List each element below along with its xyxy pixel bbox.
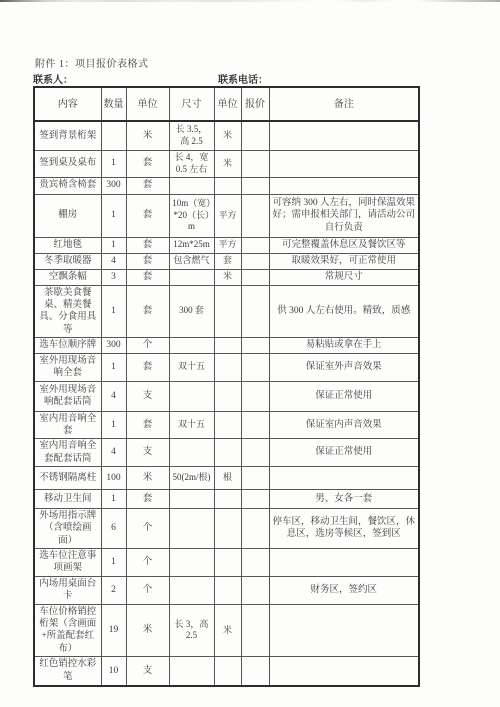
cell-quantity <box>101 121 126 150</box>
scan-artifact-top-edge <box>0 0 500 2</box>
cell-unit: 套 <box>126 237 169 253</box>
cell-unit: 个 <box>126 576 169 604</box>
cell-size-unit: 米 <box>214 604 241 656</box>
cell-unit: 套 <box>126 150 169 177</box>
cell-remark: 保证室内声音效果 <box>269 411 419 439</box>
cell-quote-price <box>241 337 269 353</box>
cell-remark: 男、女各一套 <box>269 489 419 508</box>
contact-person-label: 联系人： <box>33 75 73 86</box>
cell-content: 室内用音响全套配套话筒 <box>34 439 101 467</box>
table-row: 不锈钢隔离柱 100 米 50(2m/根) 根 <box>34 466 419 489</box>
cell-content: 选车位顺序牌 <box>34 337 101 353</box>
cell-remark: 保证正常使用 <box>269 381 419 411</box>
cell-remark: 保证正常使用 <box>269 439 419 467</box>
cell-unit: 套 <box>126 269 169 285</box>
cell-quantity: 1 <box>101 548 126 576</box>
cell-content: 红色销控水彩笔 <box>34 657 101 686</box>
cell-size <box>169 489 214 508</box>
cell-size: 长 3.5，高 2.5 <box>169 121 214 150</box>
cell-size <box>169 548 214 576</box>
cell-size-unit <box>214 508 241 548</box>
cell-content: 车位价格销控桁架（含画面+所盖配套红布） <box>34 604 101 656</box>
cell-unit: 套 <box>126 253 169 269</box>
cell-size-unit <box>214 381 241 411</box>
cell-size-unit: 根 <box>214 466 241 489</box>
cell-size <box>169 337 214 353</box>
cell-quote-price <box>241 411 269 439</box>
cell-size-unit <box>214 177 241 194</box>
cell-content: 外场用指示牌（含喷绘画面） <box>34 508 101 548</box>
cell-quote-price <box>241 353 269 381</box>
cell-size <box>169 269 214 285</box>
attachment-title: 附件 1：项目报价表格式 <box>35 55 149 70</box>
cell-size-unit: 米 <box>214 121 241 150</box>
cell-quantity: 1 <box>101 489 126 508</box>
cell-quote-price <box>241 604 269 656</box>
table-row: 红地毯 1 套 12m*25m 平方 可完整覆盖休息区及餐饮区等 <box>34 237 419 253</box>
cell-remark <box>269 657 419 686</box>
table-row: 冬季取暖器 4 套 包含燃气 套 取暖效果好，可正常使用 <box>34 253 419 269</box>
cell-content: 不锈钢隔离柱 <box>34 466 101 489</box>
cell-size: 双十五 <box>169 411 214 439</box>
header-quote: 报价 <box>241 87 269 121</box>
cell-quote-price <box>241 439 269 467</box>
cell-quote-price <box>241 150 269 177</box>
cell-size: 300 套 <box>169 285 214 337</box>
table-header-row: 内容 数量 单位 尺寸 单位 报价 备注 <box>34 87 419 121</box>
cell-size: 长 4，宽 0.5 左右 <box>169 150 214 177</box>
cell-content: 内场用桌面台卡 <box>34 576 101 604</box>
cell-quote-price <box>241 285 269 337</box>
cell-content: 茶歇美食餐桌、精美餐具、分食用具等 <box>34 285 101 337</box>
cell-size-unit: 米 <box>214 150 241 177</box>
cell-content: 冬季取暖器 <box>34 253 101 269</box>
table-row: 棚房 1 套 10m（宽）*20（长）m 平方 可容纳 300 人左右，同时保温… <box>34 194 419 237</box>
cell-quote-price <box>241 466 269 489</box>
cell-content: 红地毯 <box>34 237 101 253</box>
cell-quantity: 19 <box>101 604 126 656</box>
table-row: 移动卫生间 1 套 男、女各一套 <box>34 489 419 508</box>
cell-size-unit: 米 <box>214 269 241 285</box>
cell-quantity: 3 <box>101 269 126 285</box>
cell-quantity: 100 <box>101 466 126 489</box>
cell-content: 空飘条幅 <box>34 269 101 285</box>
cell-remark: 财务区，签约区 <box>269 576 419 604</box>
cell-quote-price <box>241 253 269 269</box>
cell-remark: 供 300 人左右使用。精致，质感 <box>269 285 419 337</box>
cell-quantity: 1 <box>101 285 126 337</box>
cell-remark: 取暖效果好，可正常使用 <box>269 253 419 269</box>
cell-remark: 可容纳 300 人左右，同时保温效果好；需申报相关部门，请活动公司自行负责 <box>269 194 419 237</box>
cell-size: 长 3，高 2.5 <box>169 604 214 656</box>
contact-line: 联系人： 联系电话： <box>33 71 418 86</box>
cell-unit: 支 <box>126 439 169 467</box>
cell-unit: 米 <box>126 121 169 150</box>
cell-size-unit: 套 <box>214 253 241 269</box>
cell-size <box>169 657 214 686</box>
cell-remark <box>269 604 419 656</box>
cell-remark <box>269 466 419 489</box>
cell-remark: 易粘贴或拿在手上 <box>269 337 419 353</box>
cell-unit: 个 <box>126 548 169 576</box>
cell-size <box>169 439 214 467</box>
cell-size-unit <box>214 439 241 467</box>
cell-size-unit <box>214 489 241 508</box>
cell-quantity: 300 <box>101 337 126 353</box>
cell-size-unit: 平方 <box>214 194 241 237</box>
cell-content: 贵宾椅含椅套 <box>34 177 101 194</box>
cell-content: 室外用现场音响配套话筒 <box>34 381 101 411</box>
cell-quote-price <box>241 548 269 576</box>
scanned-document-page: { "page": { "attachment_title": "附件 1：项目… <box>0 0 500 707</box>
cell-size <box>169 508 214 548</box>
cell-content: 签到背景桁架 <box>34 121 101 150</box>
cell-unit: 个 <box>126 337 169 353</box>
cell-quote-price <box>241 508 269 548</box>
cell-quantity: 1 <box>101 237 126 253</box>
cell-unit: 个 <box>126 508 169 548</box>
cell-unit: 套 <box>126 285 169 337</box>
header-size-unit: 单位 <box>214 87 241 121</box>
cell-size-unit <box>214 657 241 686</box>
cell-size <box>169 576 214 604</box>
cell-size-unit <box>214 285 241 337</box>
header-size: 尺寸 <box>169 87 214 121</box>
cell-quantity: 300 <box>101 177 126 194</box>
cell-remark: 保证室外声音效果 <box>269 353 419 381</box>
cell-content: 室内用音响全套 <box>34 411 101 439</box>
table-row: 室外用现场音响配套话筒 4 支 保证正常使用 <box>34 381 419 411</box>
cell-quantity: 4 <box>101 381 126 411</box>
table-row: 签到背景桁架 米 长 3.5，高 2.5 米 <box>34 121 419 150</box>
cell-quote-price <box>241 576 269 604</box>
cell-unit: 套 <box>126 353 169 381</box>
cell-quote-price <box>241 657 269 686</box>
table-row: 贵宾椅含椅套 300 套 <box>34 177 419 194</box>
cell-quantity: 1 <box>101 353 126 381</box>
table-row: 选车位注意事项画架 1 个 <box>34 548 419 576</box>
table-row: 室内用音响全套 1 套 双十五 保证室内声音效果 <box>34 411 419 439</box>
cell-quantity: 4 <box>101 439 126 467</box>
cell-remark: 停车区，移动卫生间，餐饮区，休息区，选房等候区，签到区 <box>269 508 419 548</box>
cell-remark <box>269 177 419 194</box>
cell-remark <box>269 121 419 150</box>
cell-quote-price <box>241 269 269 285</box>
cell-size-unit <box>214 548 241 576</box>
cell-remark: 可完整覆盖休息区及餐饮区等 <box>269 237 419 253</box>
contact-phone-label: 联系电话： <box>218 71 268 86</box>
cell-quantity: 10 <box>101 657 126 686</box>
cell-content: 移动卫生间 <box>34 489 101 508</box>
cell-size <box>169 177 214 194</box>
cell-remark <box>269 548 419 576</box>
cell-size <box>169 381 214 411</box>
header-qty: 数量 <box>101 87 126 121</box>
cell-unit: 支 <box>126 381 169 411</box>
cell-size: 10m（宽）*20（长）m <box>169 194 214 237</box>
cell-unit: 套 <box>126 489 169 508</box>
cell-quote-price <box>241 121 269 150</box>
cell-unit: 套 <box>126 411 169 439</box>
cell-content: 签到桌及桌布 <box>34 150 101 177</box>
cell-quantity: 1 <box>101 411 126 439</box>
cell-quantity: 1 <box>101 150 126 177</box>
header-unit: 单位 <box>126 87 169 121</box>
table-row: 签到桌及桌布 1 套 长 4，宽 0.5 左右 米 <box>34 150 419 177</box>
cell-size-unit <box>214 337 241 353</box>
cell-remark: 常规尺寸 <box>269 269 419 285</box>
cell-size: 50(2m/根) <box>169 466 214 489</box>
cell-quote-price <box>241 237 269 253</box>
cell-quantity: 6 <box>101 508 126 548</box>
cell-unit: 米 <box>126 604 169 656</box>
cell-quote-price <box>241 381 269 411</box>
cell-unit: 套 <box>126 177 169 194</box>
cell-quote-price <box>241 194 269 237</box>
cell-size: 12m*25m <box>169 237 214 253</box>
quotation-table: 内容 数量 单位 尺寸 单位 报价 备注 签到背景桁架 米 长 3.5，高 2.… <box>33 86 420 687</box>
cell-quantity: 4 <box>101 253 126 269</box>
table-row: 茶歇美食餐桌、精美餐具、分食用具等 1 套 300 套 供 300 人左右使用。… <box>34 285 419 337</box>
header-remark: 备注 <box>269 87 419 121</box>
header-content: 内容 <box>34 87 101 121</box>
table-row: 选车位顺序牌 300 个 易粘贴或拿在手上 <box>34 337 419 353</box>
cell-size-unit <box>214 576 241 604</box>
cell-size: 双十五 <box>169 353 214 381</box>
cell-size-unit <box>214 411 241 439</box>
cell-content: 棚房 <box>34 194 101 237</box>
cell-unit: 支 <box>126 657 169 686</box>
table-row: 红色销控水彩笔 10 支 <box>34 657 419 686</box>
cell-size: 包含燃气 <box>169 253 214 269</box>
cell-quantity: 1 <box>101 194 126 237</box>
table-row: 空飘条幅 3 套 米 常规尺寸 <box>34 269 419 285</box>
cell-size-unit: 平方 <box>214 237 241 253</box>
table-row: 内场用桌面台卡 2 个 财务区，签约区 <box>34 576 419 604</box>
cell-unit: 米 <box>126 466 169 489</box>
cell-content: 选车位注意事项画架 <box>34 548 101 576</box>
cell-size-unit <box>214 353 241 381</box>
table-row: 室内用音响全套配套话筒 4 支 保证正常使用 <box>34 439 419 467</box>
table-row: 车位价格销控桁架（含画面+所盖配套红布） 19 米 长 3，高 2.5 米 <box>34 604 419 656</box>
cell-remark <box>269 150 419 177</box>
table-row: 室外用现场音响全套 1 套 双十五 保证室外声音效果 <box>34 353 419 381</box>
cell-quote-price <box>241 177 269 194</box>
cell-content: 室外用现场音响全套 <box>34 353 101 381</box>
cell-unit: 套 <box>126 194 169 237</box>
cell-quantity: 2 <box>101 576 126 604</box>
cell-quote-price <box>241 489 269 508</box>
table-row: 外场用指示牌（含喷绘画面） 6 个 停车区，移动卫生间，餐饮区，休息区，选房等候… <box>34 508 419 548</box>
